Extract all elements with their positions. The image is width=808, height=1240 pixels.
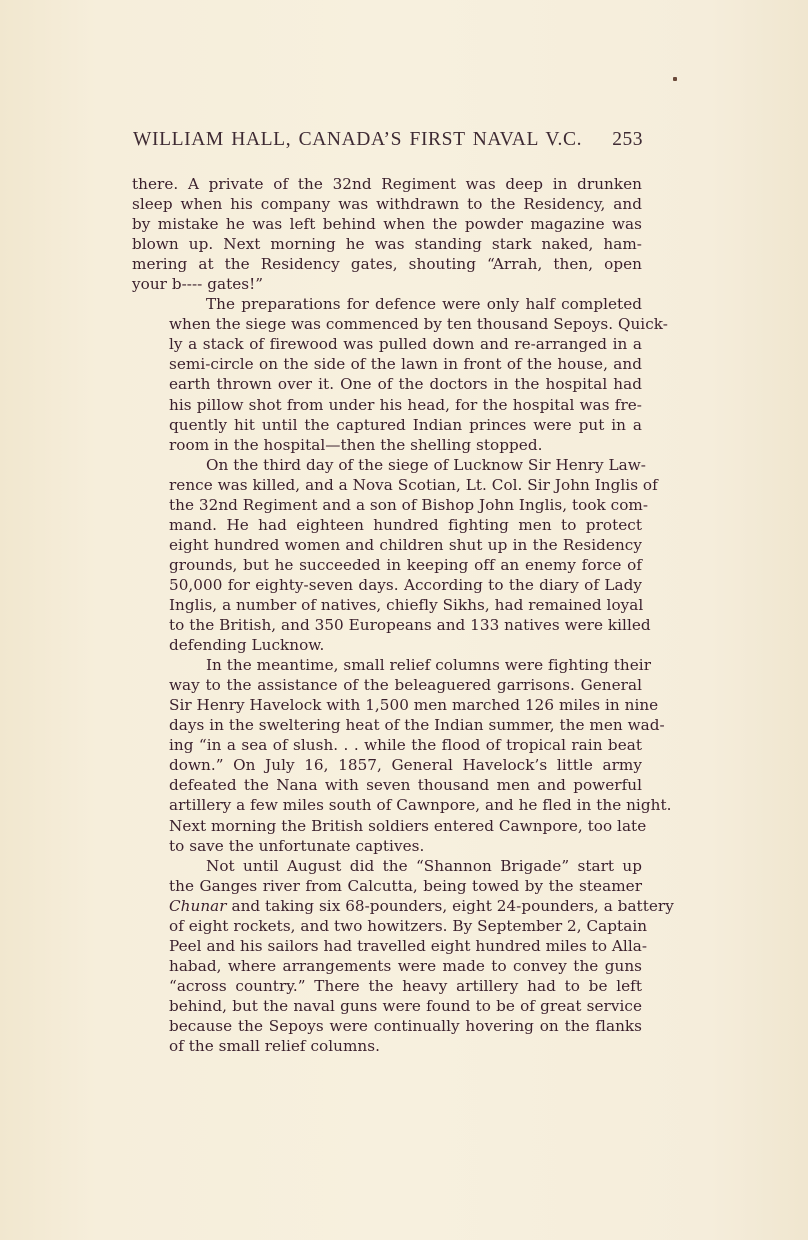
text-line: rence was killed, and a Nova Scotian, Lt…: [132, 475, 642, 495]
paragraph: The preparations for defence were only h…: [132, 294, 642, 454]
paragraph: Not until August did the “Shannon Brigad…: [132, 856, 642, 1056]
text-line: Peel and his sailors had travelled eight…: [132, 936, 642, 956]
text-line: of the small relief columns.: [132, 1036, 642, 1056]
text-line: Not until August did the “Shannon Brigad…: [132, 856, 642, 876]
text-line: because the Sepoys were continually hove…: [132, 1016, 642, 1036]
text-line: way to the assistance of the beleaguered…: [132, 675, 642, 695]
text-line: artillery a few miles south of Cawnpore,…: [132, 795, 642, 815]
text-line: when the siege was commenced by ten thou…: [132, 314, 642, 334]
text-line: down.” On July 16, 1857, General Haveloc…: [132, 755, 642, 775]
text-line: On the third day of the siege of Lucknow…: [132, 455, 642, 475]
text-line: blown up. Next morning he was standing s…: [132, 234, 642, 254]
text-line: days in the sweltering heat of the India…: [132, 715, 642, 735]
running-title: WILLIAM HALL, CANADA’S FIRST NAVAL V.C.: [133, 129, 582, 151]
text-line: Inglis, a number of natives, chiefly Sik…: [132, 595, 642, 615]
text-line: quently hit until the captured Indian pr…: [132, 415, 642, 435]
book-page: WILLIAM HALL, CANADA’S FIRST NAVAL V.C. …: [0, 0, 808, 1240]
text-line: Next morning the British soldiers entere…: [132, 816, 642, 836]
text-line: Chunar and taking six 68-pounders, eight…: [132, 896, 642, 916]
text-line: semi-circle on the side of the lawn in f…: [132, 354, 642, 374]
text-line: the Ganges river from Calcutta, being to…: [132, 876, 642, 896]
text-line: The preparations for defence were only h…: [132, 294, 642, 314]
text-line: grounds, but he succeeded in keeping off…: [132, 555, 642, 575]
ink-speck: [673, 77, 677, 81]
text-line: mand. He had eighteen hundred fighting m…: [132, 515, 642, 535]
paragraph: On the third day of the siege of Lucknow…: [132, 455, 642, 655]
text-line: Sir Henry Havelock with 1,500 men marche…: [132, 695, 642, 715]
body-text: there. A private of the 32nd Regiment wa…: [132, 174, 642, 1056]
text-line: to the British, and 350 Europeans and 13…: [132, 615, 642, 635]
text-line: 50,000 for eighty-seven days. According …: [132, 575, 642, 595]
text-line: mering at the Residency gates, shouting …: [132, 254, 642, 274]
text-line: behind, but the naval guns were found to…: [132, 996, 642, 1016]
text-line: room in the hospital—then the shelling s…: [132, 435, 642, 455]
text-line: of eight rockets, and two howitzers. By …: [132, 916, 642, 936]
text-line: the 32nd Regiment and a son of Bishop Jo…: [132, 495, 642, 515]
text-line: habad, where arrangements were made to c…: [132, 956, 642, 976]
text-line: “across country.” There the heavy artill…: [132, 976, 642, 996]
text-line: your b---- gates!”: [132, 274, 642, 294]
paragraph: there. A private of the 32nd Regiment wa…: [132, 174, 642, 294]
text-line: In the meantime, small relief columns we…: [132, 655, 642, 675]
text-line: defeated the Nana with seven thousand me…: [132, 775, 642, 795]
text-line: defending Lucknow.: [132, 635, 642, 655]
text-line: his pillow shot from under his head, for…: [132, 395, 642, 415]
text-line: to save the unfortunate captives.: [132, 836, 642, 856]
page-number: 253: [612, 129, 643, 151]
running-head: WILLIAM HALL, CANADA’S FIRST NAVAL V.C. …: [133, 129, 643, 151]
text-line: sleep when his company was withdrawn to …: [132, 194, 642, 214]
text-line: ing “in a sea of slush. . . while the fl…: [132, 735, 642, 755]
italic-ship-name: Chunar: [169, 897, 227, 915]
paragraph: In the meantime, small relief columns we…: [132, 655, 642, 855]
text-line: ly a stack of firewood was pulled down a…: [132, 334, 642, 354]
text-line: earth thrown over it. One of the doctors…: [132, 374, 642, 394]
text-line: eight hundred women and children shut up…: [132, 535, 642, 555]
text-line: by mistake he was left behind when the p…: [132, 214, 642, 234]
text-line: there. A private of the 32nd Regiment wa…: [132, 174, 642, 194]
